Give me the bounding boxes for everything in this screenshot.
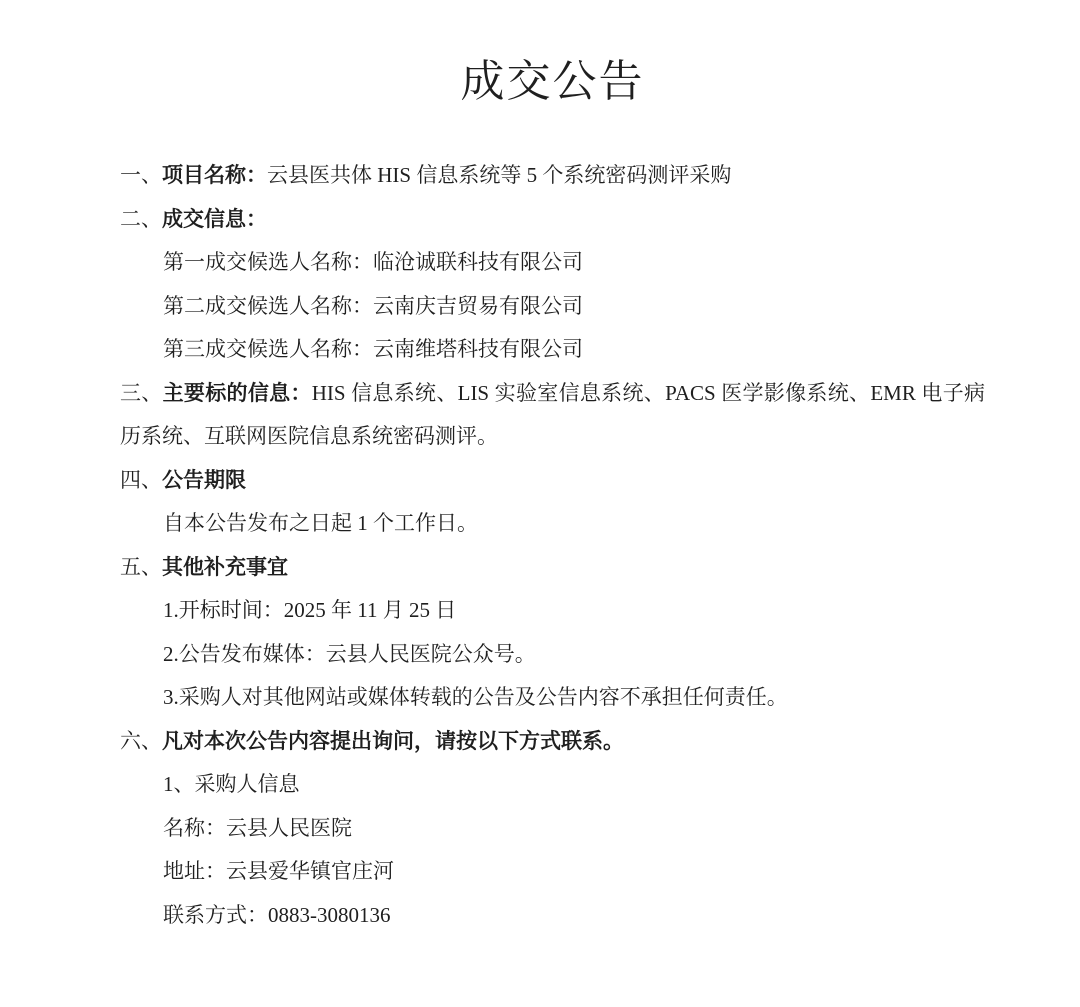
section-subject-info: 三、主要标的信息：HIS 信息系统、LIS 实验室信息系统、PACS 医学影像系… [120,372,985,459]
section-number: 一、 [120,163,162,187]
purchaser-info-heading: 1、采购人信息 [120,763,985,807]
project-name-value: 云县医共体 HIS 信息系统等 5 个系统密码测评采购 [267,163,731,187]
candidate-line-3: 第三成交候选人名称：云南维塔科技有限公司 [120,328,985,372]
purchaser-phone-line: 联系方式：0883-3080136 [120,894,985,938]
candidate-line-1: 第一成交候选人名称：临沧诚联科技有限公司 [120,241,985,285]
purchaser-address: 地址：云县爱华镇官庄河 [163,859,394,883]
document-body: 一、项目名称：云县医共体 HIS 信息系统等 5 个系统密码测评采购 二、成交信… [120,154,985,937]
purchaser-name-line: 名称：云县人民医院 [120,807,985,851]
purchaser-name: 名称：云县人民医院 [163,816,352,840]
section-number: 四、 [120,468,162,492]
supplementary-item-3: 3.采购人对其他网站或媒体转载的公告及公告内容不承担任何责任。 [120,676,985,720]
document-content: 成交公告 一、项目名称：云县医共体 HIS 信息系统等 5 个系统密码测评采购 … [0,0,1080,937]
supplementary-item-1: 1.开标时间：2025 年 11 月 25 日 [120,589,985,633]
candidate-1-text: 第一成交候选人名称：临沧诚联科技有限公司 [163,250,583,274]
section-number: 五、 [120,555,162,579]
section-contact: 六、凡对本次公告内容提出询问，请按以下方式联系。 [120,720,985,764]
candidate-line-2: 第二成交候选人名称：云南庆吉贸易有限公司 [120,285,985,329]
section-number: 二、 [120,207,162,231]
supplementary-item-2: 2.公告发布媒体：云县人民医院公众号。 [120,633,985,677]
section-label: 项目名称： [162,163,267,187]
notice-period-value: 自本公告发布之日起 1 个工作日。 [163,511,478,535]
section-label: 公告期限 [162,468,246,492]
notice-period-text: 自本公告发布之日起 1 个工作日。 [120,502,985,546]
document-page: 成交公告 一、项目名称：云县医共体 HIS 信息系统等 5 个系统密码测评采购 … [0,0,1080,1007]
purchaser-info-label: 1、采购人信息 [163,772,300,796]
bid-opening-date: 1.开标时间：2025 年 11 月 25 日 [163,598,456,622]
section-project-name: 一、项目名称：云县医共体 HIS 信息系统等 5 个系统密码测评采购 [120,154,985,198]
section-label: 凡对本次公告内容提出询问，请按以下方式联系。 [162,729,624,753]
section-number: 六、 [120,729,162,753]
candidate-3-text: 第三成交候选人名称：云南维塔科技有限公司 [163,337,583,361]
section-label: 其他补充事宜 [162,555,288,579]
section-label: 成交信息： [162,207,267,231]
section-award-info: 二、成交信息： [120,198,985,242]
candidate-2-text: 第二成交候选人名称：云南庆吉贸易有限公司 [163,294,583,318]
page-title: 成交公告 [120,0,985,108]
purchaser-address-line: 地址：云县爱华镇官庄河 [120,850,985,894]
purchaser-phone: 联系方式：0883-3080136 [163,903,391,927]
disclaimer-text: 3.采购人对其他网站或媒体转载的公告及公告内容不承担任何责任。 [163,685,788,709]
section-notice-period: 四、公告期限 [120,459,985,503]
section-label: 主要标的信息： [163,381,312,405]
publish-media: 2.公告发布媒体：云县人民医院公众号。 [163,642,536,666]
section-supplementary: 五、其他补充事宜 [120,546,985,590]
section-number: 三、 [120,381,163,405]
